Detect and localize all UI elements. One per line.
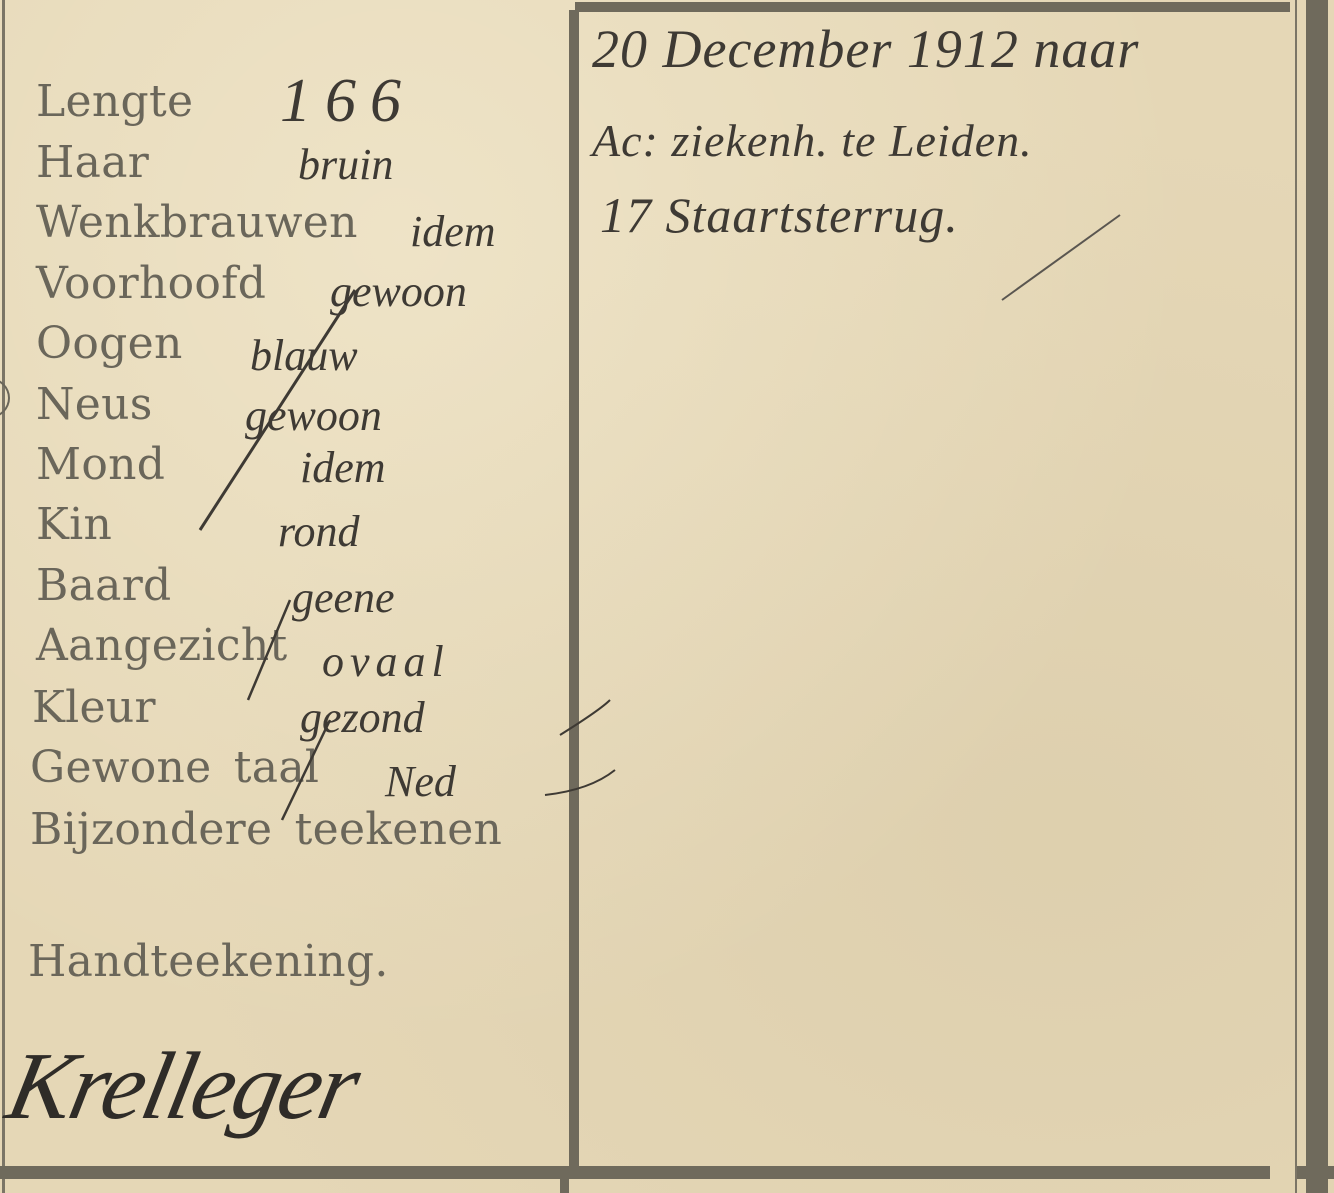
value-gewone-taal: Ned <box>385 760 456 804</box>
value-aangezicht: ovaal <box>322 640 450 684</box>
value-kleur: gezond <box>300 696 425 740</box>
note-line-3: 17 Staartsterrug. <box>600 190 959 240</box>
margin-bracket-mark <box>0 378 10 418</box>
label-kin: Kin <box>36 503 112 547</box>
right-thin-line <box>1295 0 1297 1193</box>
column-divider <box>569 10 579 1170</box>
bottom-rule-right <box>1297 1166 1334 1179</box>
label-neus: Neus <box>36 383 153 427</box>
value-baard: geene <box>292 576 395 620</box>
label-bijzondere-teekenen: Bijzondere teekenen <box>30 808 502 852</box>
top-rule <box>575 2 1290 12</box>
note-line-1: 20 December 1912 naar <box>592 22 1139 76</box>
label-handteekening: Handteekening. <box>28 940 389 984</box>
value-oogen: blauw <box>250 334 358 378</box>
left-edge-line <box>2 0 5 1193</box>
value-neus: gewoon <box>245 394 382 438</box>
right-thick-bar <box>1306 0 1328 1193</box>
bottom-rule <box>0 1166 1270 1179</box>
label-kleur: Kleur <box>32 686 156 730</box>
value-kin: rond <box>278 510 360 554</box>
value-voorhoofd: gewoon <box>330 270 467 314</box>
value-lengte: 166 <box>280 70 415 132</box>
label-oogen: Oogen <box>36 322 183 366</box>
label-voorhoofd: Voorhoofd <box>36 262 266 306</box>
value-wenkbrauwen: idem <box>410 210 496 254</box>
label-baard: Baard <box>36 564 172 608</box>
value-mond: idem <box>300 446 386 490</box>
label-gewone-taal: Gewone taal <box>30 746 319 790</box>
label-lengte: Lengte <box>36 80 193 124</box>
signature: Krelleger <box>0 1030 368 1141</box>
note-line-2: Ac: ziekenh. te Leiden. <box>592 118 1033 164</box>
label-mond: Mond <box>36 443 165 487</box>
label-haar: Haar <box>36 141 149 185</box>
value-haar: bruin <box>298 143 393 187</box>
label-wenkbrauwen: Wenkbrauwen <box>36 201 358 245</box>
label-aangezicht: Aangezicht <box>36 624 287 668</box>
